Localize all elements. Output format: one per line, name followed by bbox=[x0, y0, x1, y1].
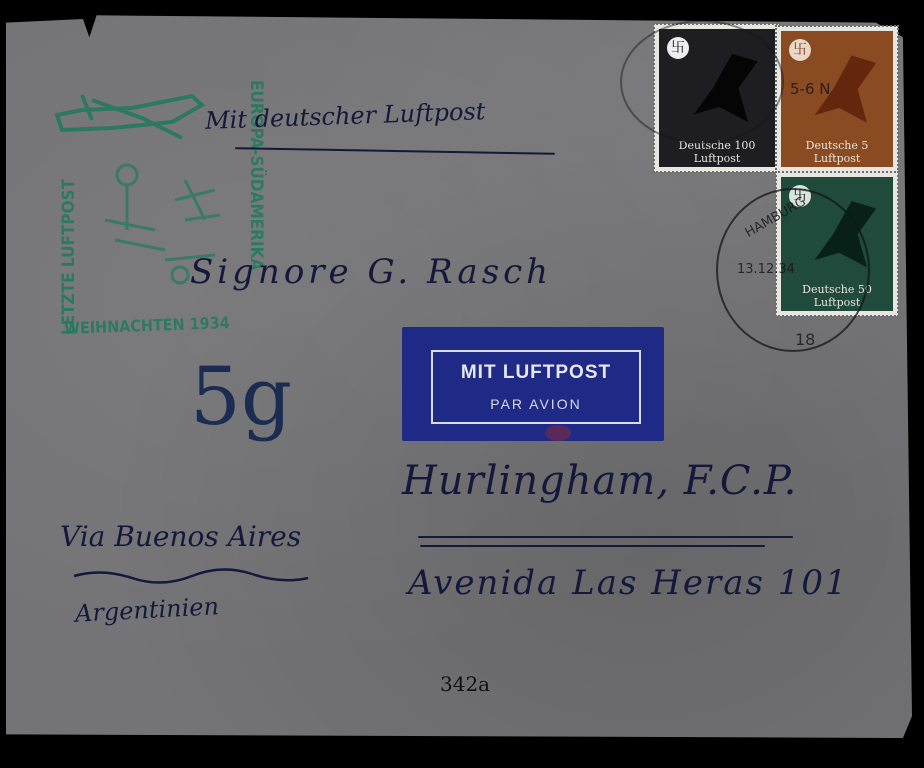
airmail-label-line2: PAR AVION bbox=[433, 396, 639, 412]
red-ink-mark bbox=[545, 425, 571, 441]
city-underline-1 bbox=[418, 536, 793, 538]
routing-wavy-underline bbox=[72, 568, 312, 584]
postmark-top bbox=[620, 20, 784, 144]
postmark-number: 18 bbox=[795, 330, 815, 349]
airmail-label-line1: MIT LUFTPOST bbox=[433, 362, 639, 384]
postmark-top-time: 5-6 N bbox=[790, 80, 831, 98]
city-underline-2 bbox=[420, 545, 765, 547]
airmail-label-frame: MIT LUFTPOST PAR AVION bbox=[431, 350, 641, 424]
routing: Via Buenos Aires bbox=[60, 520, 301, 553]
postmark-date: 13.12.34 bbox=[737, 262, 795, 277]
swastika-icon: 卐 bbox=[789, 39, 811, 61]
catalog-number: 342a bbox=[440, 672, 490, 696]
stamp-5-label: Deutsche 5 Luftpost bbox=[781, 139, 893, 165]
airmail-label: MIT LUFTPOST PAR AVION bbox=[402, 327, 664, 441]
cachet-left-text: LETZTE LUFTPOST bbox=[59, 165, 79, 335]
street: Avenida Las Heras 101 bbox=[408, 563, 849, 603]
stamp-5: 卐 Deutsche 5 Luftpost bbox=[776, 26, 898, 172]
addressee: Signore G. Rasch bbox=[190, 252, 552, 292]
airplane-icon bbox=[52, 90, 212, 150]
weight-note: 5g bbox=[190, 350, 292, 443]
city: Hurlingham, F.C.P. bbox=[402, 458, 797, 504]
